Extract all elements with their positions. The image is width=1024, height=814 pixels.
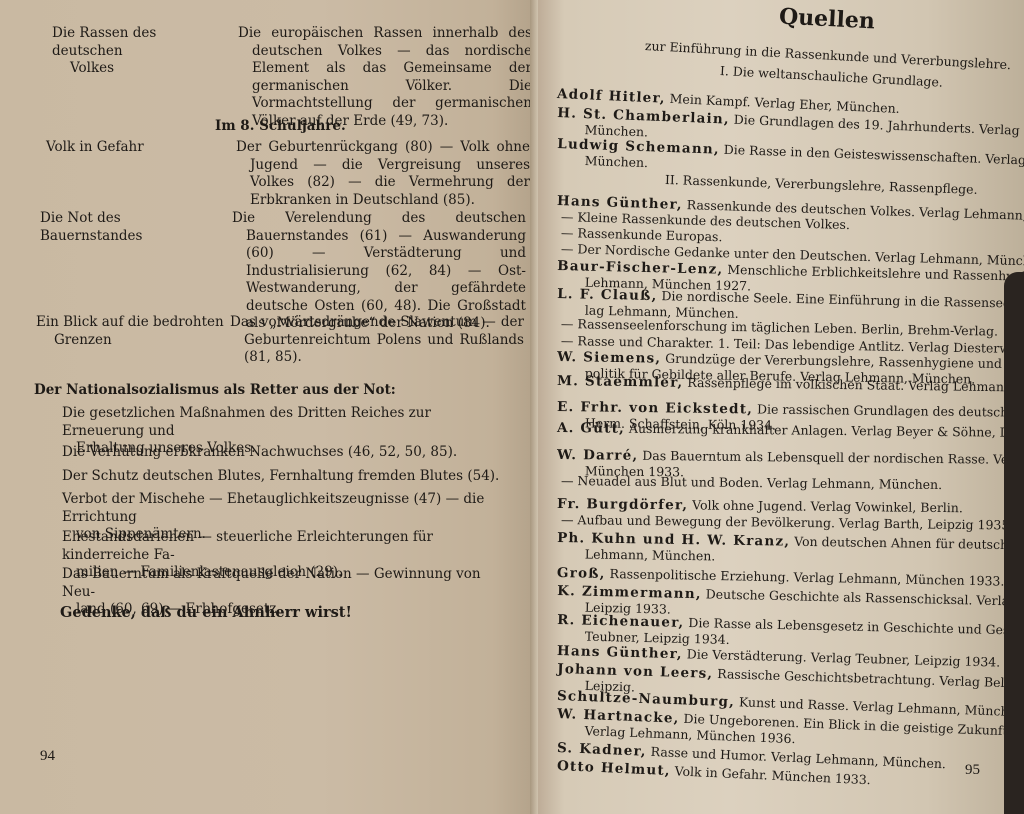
topic-line: Ein Blick auf die bedrohten bbox=[36, 314, 224, 330]
source-author: A. Gütt, bbox=[557, 420, 625, 437]
ns-item-line: Die gesetzlichen Maßnahmen des Dritten R… bbox=[62, 405, 431, 439]
topic-description: Die europäischen Rassen innerhalb des de… bbox=[238, 25, 532, 130]
source-author: Hans Günther, bbox=[557, 643, 683, 662]
ns-heading: Der Nationalsozialismus als Retter aus d… bbox=[34, 382, 396, 398]
ns-item-line: Das Bauerntum als Kraftquelle der Nation… bbox=[62, 566, 481, 600]
background-edge bbox=[1004, 272, 1024, 814]
source-author: Adolf Hitler, bbox=[557, 86, 666, 107]
topic-label: Volk in Gefahr bbox=[46, 139, 216, 157]
source-author: R. Eichenauer, bbox=[557, 612, 685, 631]
closing-motto: Gedenke, daß du ein Ahnherr wirst! bbox=[60, 604, 352, 621]
topic-label: Die Rassen des deutschen Volkes bbox=[52, 25, 222, 78]
source-entry: — Neuadel aus Blut und Boden. Verlag Leh… bbox=[561, 473, 942, 493]
source-author: K. Zimmermann, bbox=[557, 583, 702, 602]
left-page: Die Rassen des deutschen Volkes Die euro… bbox=[0, 0, 535, 814]
school-year-heading: Im 8. Schuljahre. bbox=[215, 118, 346, 134]
source-author: M. Staemmler, bbox=[557, 373, 684, 391]
topic-description: Das vorwärtsdrängende Slawentum — der Ge… bbox=[230, 314, 524, 367]
source-author: S. Kadner, bbox=[557, 740, 647, 760]
source-author: W. Darré, bbox=[557, 447, 638, 464]
source-text: Rassenpflege im völkischen Staat. Verlag… bbox=[683, 375, 1024, 396]
page-number-right: 95 bbox=[965, 762, 980, 779]
topic-label: Die Not des Bauernstandes bbox=[40, 210, 220, 245]
source-text: Volk ohne Jugend. Verlag Vowinkel, Berli… bbox=[688, 497, 963, 515]
right-page: Quellen zur Einführung in die Rassenkund… bbox=[535, 0, 1024, 814]
section-heading-1: I. Die weltanschauliche Grundlage. bbox=[720, 63, 944, 90]
topic-line: Die Not des Bauernstandes bbox=[40, 210, 142, 244]
topic-label: Ein Blick auf die bedrohten Grenzen bbox=[36, 314, 226, 349]
ns-list-item: Die Verhütung erbkranken Nachwuchses (46… bbox=[62, 444, 502, 462]
ns-item-line: Der Schutz deutschen Blutes, Fernhaltung… bbox=[62, 468, 499, 484]
topic-description: Der Geburtenrückgang (80) — Volk ohne Ju… bbox=[236, 139, 530, 209]
source-text: Ausmerzung krankhafter Anlagen. Verlag B… bbox=[625, 421, 1024, 441]
source-author: W. Siemens, bbox=[557, 349, 661, 367]
sources-title: Quellen bbox=[778, 4, 875, 35]
ns-item-line: Ehestandsdarlehen — steuerliche Erleicht… bbox=[62, 529, 433, 563]
sources-subtitle: zur Einführung in die Rassenkunde und Ve… bbox=[645, 38, 1012, 72]
topic-line: Volk in Gefahr bbox=[46, 139, 144, 155]
source-entry: Ph. Kuhn und H. W. Kranz, Von deutschen … bbox=[557, 530, 1024, 571]
book-gutter bbox=[530, 0, 538, 814]
topic-line: Die Rassen des deutschen bbox=[52, 25, 156, 59]
source-entry: A. Gütt, Ausmerzung krankhafter Anlagen.… bbox=[557, 420, 1024, 442]
ns-item-line: Die Verhütung erbkranken Nachwuchses (46… bbox=[62, 444, 457, 460]
ns-item-line: Verbot der Mischehe — Ehetauglichkeitsze… bbox=[62, 491, 484, 525]
source-author: L. F. Clauß, bbox=[557, 286, 658, 304]
source-text: — Neuadel aus Blut und Boden. Verlag Leh… bbox=[561, 473, 942, 492]
source-author: Fr. Burgdörfer, bbox=[557, 496, 688, 513]
source-author: Groß, bbox=[557, 565, 606, 582]
source-author: Otto Helmut, bbox=[557, 758, 671, 779]
topic-line: Grenzen bbox=[36, 332, 226, 350]
ns-list-item: Der Schutz deutschen Blutes, Fernhaltung… bbox=[62, 468, 502, 486]
page-number-left: 94 bbox=[40, 748, 55, 765]
topic-line: Volkes bbox=[52, 60, 222, 78]
